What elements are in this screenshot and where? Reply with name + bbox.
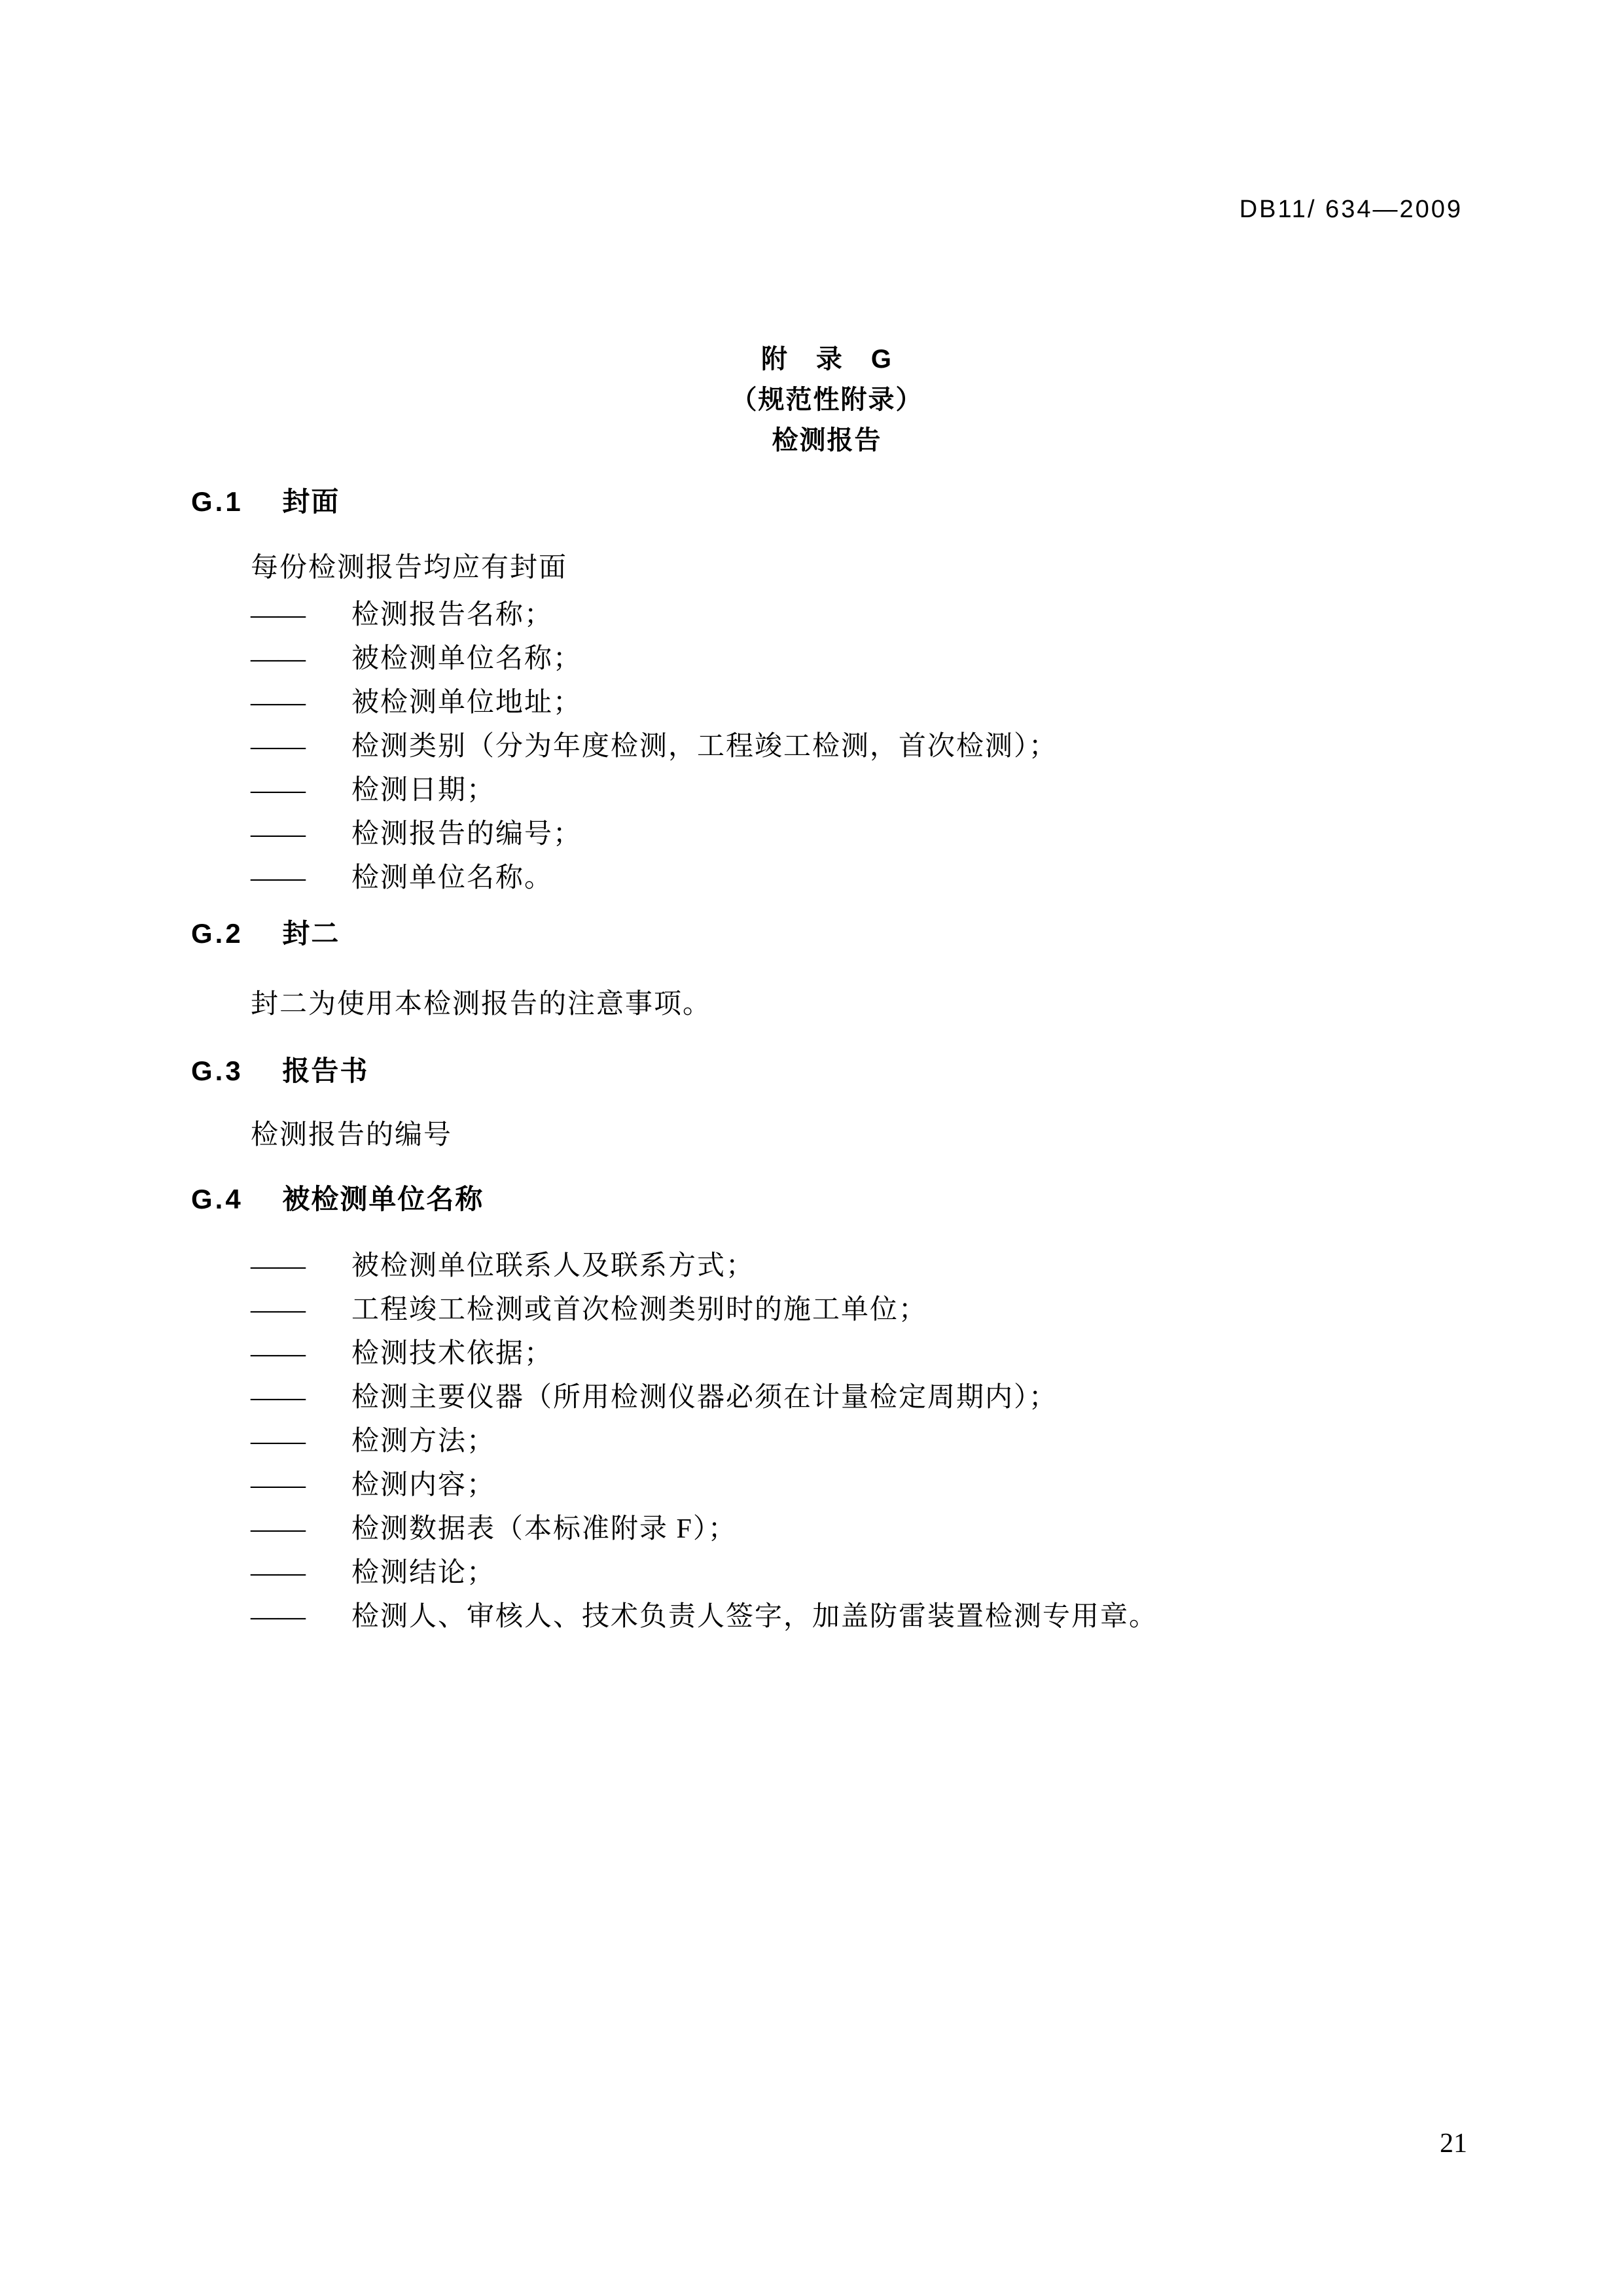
document-header: DB11/ 634—2009	[191, 0, 1463, 224]
section-number: G.2	[191, 918, 243, 949]
dash-marker: ——	[251, 725, 351, 769]
g4-dash-list: ——被检测单位联系人及联系方式； ——工程竣工检测或首次检测类别时的施工单位； …	[191, 1245, 1463, 1639]
list-item-text: 被检测单位地址；	[351, 688, 582, 718]
list-item: ——工程竣工检测或首次检测类别时的施工单位；	[191, 1288, 1463, 1332]
dash-marker: ——	[251, 1464, 351, 1508]
section-g1-paragraph: 每份检测报告均应有封面	[251, 553, 1463, 583]
section-number: G.3	[191, 1055, 243, 1086]
list-item: ——检测结论；	[191, 1551, 1463, 1595]
list-item: ——被检测单位联系人及联系方式；	[191, 1245, 1463, 1288]
list-item-text: 检测结论；	[351, 1558, 495, 1588]
appendix-title: 附 录 G	[191, 339, 1463, 380]
section-title: 封二	[282, 918, 340, 949]
list-item-text: 检测报告名称；	[351, 600, 553, 630]
dash-marker: ——	[251, 1595, 351, 1639]
list-item: ——检测类别（分为年度检测，工程竣工检测，首次检测）；	[191, 725, 1463, 769]
list-item: ——检测报告的编号；	[191, 813, 1463, 857]
list-item: ——检测日期；	[191, 769, 1463, 813]
dash-marker: ——	[251, 681, 351, 725]
dash-marker: ——	[251, 593, 351, 637]
list-item-text: 检测报告的编号；	[351, 819, 582, 849]
dash-marker: ——	[251, 1420, 351, 1464]
section-g3-report-book: G.3 报告书 检测报告的编号	[191, 1056, 1463, 1150]
list-item-text: 检测单位名称。	[351, 863, 553, 893]
dash-marker: ——	[251, 769, 351, 813]
page-number: 21	[1440, 2128, 1467, 2159]
list-item: ——被检测单位名称；	[191, 637, 1463, 681]
list-item-text: 检测技术依据；	[351, 1339, 553, 1369]
section-g1-cover: G.1 封面 每份检测报告均应有封面 ——检测报告名称； ——被检测单位名称； …	[191, 487, 1463, 900]
section-title: 封面	[282, 486, 340, 517]
section-g2-paragraph: 封二为使用本检测报告的注意事项。	[251, 989, 1463, 1019]
section-g2-inside-cover: G.2 封二 封二为使用本检测报告的注意事项。	[191, 919, 1463, 1019]
list-item-text: 检测类别（分为年度检测，工程竣工检测，首次检测）；	[351, 732, 1058, 762]
dash-marker: ——	[251, 813, 351, 857]
section-number: G.4	[191, 1184, 243, 1214]
list-item: ——检测主要仪器（所用检测仪器必须在计量检定周期内）；	[191, 1376, 1463, 1420]
standard-number: DB11/ 634—2009	[1240, 196, 1463, 223]
dash-marker: ——	[251, 1245, 351, 1288]
section-g3-heading: G.3 报告书	[191, 1056, 1463, 1086]
dash-marker: ——	[251, 1376, 351, 1420]
list-item-text: 工程竣工检测或首次检测类别时的施工单位；	[351, 1295, 927, 1325]
list-item-text: 被检测单位联系人及联系方式；	[351, 1251, 755, 1281]
list-item: ——检测内容；	[191, 1464, 1463, 1508]
list-item-text: 检测数据表（本标准附录 F）；	[351, 1514, 737, 1544]
g1-dash-list: ——检测报告名称； ——被检测单位名称； ——被检测单位地址； ——检测类别（分…	[191, 593, 1463, 900]
section-g4-tested-unit: G.4 被检测单位名称 ——被检测单位联系人及联系方式； ——工程竣工检测或首次…	[191, 1184, 1463, 1639]
dash-marker: ——	[251, 1332, 351, 1376]
section-g3-paragraph: 检测报告的编号	[251, 1120, 1463, 1150]
section-g2-heading: G.2 封二	[191, 919, 1463, 949]
dash-marker: ——	[251, 1508, 351, 1551]
dash-marker: ——	[251, 1551, 351, 1595]
list-item: ——检测数据表（本标准附录 F）；	[191, 1508, 1463, 1551]
section-g1-heading: G.1 封面	[191, 487, 1463, 517]
dash-marker: ——	[251, 857, 351, 900]
dash-marker: ——	[251, 637, 351, 681]
list-item-text: 检测人、审核人、技术负责人签字，加盖防雷装置检测专用章。	[351, 1602, 1158, 1632]
list-item-text: 被检测单位名称；	[351, 644, 582, 674]
section-title: 报告书	[282, 1055, 368, 1086]
list-item: ——被检测单位地址；	[191, 681, 1463, 725]
list-item: ——检测方法；	[191, 1420, 1463, 1464]
appendix-title-block: 附 录 G （规范性附录） 检测报告	[191, 339, 1463, 461]
list-item-text: 检测内容；	[351, 1470, 495, 1500]
list-item: ——检测技术依据；	[191, 1332, 1463, 1376]
section-number: G.1	[191, 486, 243, 517]
document-page: DB11/ 634—2009 附 录 G （规范性附录） 检测报告 G.1 封面…	[0, 0, 1623, 2296]
list-item-text: 检测方法；	[351, 1426, 495, 1457]
list-item: ——检测报告名称；	[191, 593, 1463, 637]
section-title: 被检测单位名称	[282, 1184, 484, 1214]
dash-marker: ——	[251, 1288, 351, 1332]
appendix-subtitle: （规范性附录）	[191, 380, 1463, 420]
appendix-report-name: 检测报告	[191, 420, 1463, 461]
section-g4-heading: G.4 被检测单位名称	[191, 1184, 1463, 1214]
list-item: ——检测人、审核人、技术负责人签字，加盖防雷装置检测专用章。	[191, 1595, 1463, 1639]
list-item: ——检测单位名称。	[191, 857, 1463, 900]
list-item-text: 检测日期；	[351, 775, 495, 805]
list-item-text: 检测主要仪器（所用检测仪器必须在计量检定周期内）；	[351, 1383, 1058, 1413]
